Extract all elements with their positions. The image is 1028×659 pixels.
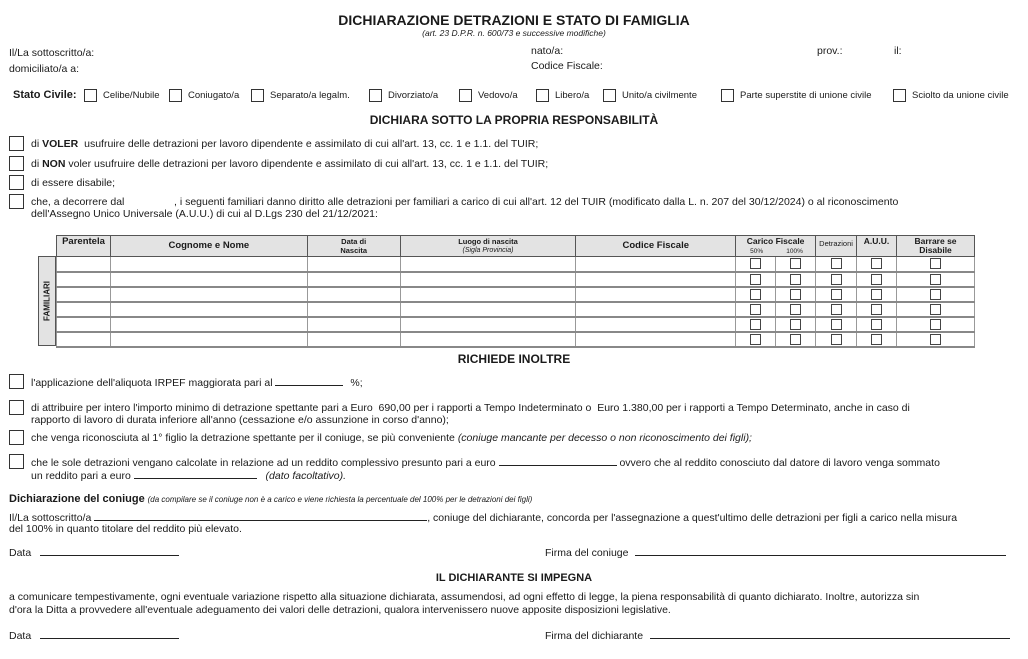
declaration-disabile[interactable]: di essere disabile; (9, 175, 115, 190)
cell-carico-50 (736, 272, 776, 287)
cell-cognome-nome[interactable] (110, 302, 307, 317)
il-label: il: (894, 45, 902, 57)
sottoscritto-label: Il/La sottoscritto/a: (9, 47, 94, 59)
stato-civile-option[interactable]: Coniugato/a (169, 89, 239, 102)
checkbox[interactable] (9, 175, 24, 190)
carico-50-checkbox[interactable] (750, 258, 761, 269)
checkbox[interactable] (459, 89, 472, 102)
nato-label: nato/a: (531, 45, 563, 57)
cell-data-nascita[interactable] (307, 302, 400, 317)
cell-carico-100 (776, 317, 816, 332)
page-title: DICHIARAZIONE DETRAZIONI E STATO DI FAMI… (0, 12, 1028, 28)
detrazioni-checkbox[interactable] (831, 334, 842, 345)
cell-luogo-nascita[interactable] (400, 287, 576, 302)
disabile-checkbox[interactable] (930, 304, 941, 315)
cell-data-nascita[interactable] (307, 332, 400, 347)
cell-carico-100 (776, 302, 816, 317)
codice-fiscale-label: Codice Fiscale: (531, 60, 603, 72)
prov-label: prov.: (817, 45, 842, 57)
declaration-voler[interactable]: di VOLER usufruire delle detrazioni per … (9, 136, 538, 151)
cell-cognome-nome[interactable] (110, 332, 307, 347)
disabile-checkbox[interactable] (930, 289, 941, 300)
dichiarante-firma-field[interactable] (650, 629, 1010, 639)
cell-codice-fiscale[interactable] (576, 317, 736, 332)
checkbox[interactable] (9, 400, 24, 415)
cell-carico-100 (776, 257, 816, 272)
coniuge-section-title: Dichiarazione del coniuge (da compilare … (9, 493, 532, 505)
cell-codice-fiscale[interactable] (576, 272, 736, 287)
coniuge-firma-field[interactable] (635, 546, 1006, 556)
carico-100-checkbox[interactable] (790, 289, 801, 300)
carico-50-checkbox[interactable] (750, 334, 761, 345)
col-detrazioni: Detrazioni (816, 236, 857, 257)
cell-auu (857, 302, 897, 317)
option-label: Separato/a legalm. (270, 90, 350, 101)
disabile-checkbox[interactable] (930, 334, 941, 345)
cell-parentela[interactable] (57, 287, 111, 302)
table-row (57, 332, 975, 347)
checkbox[interactable] (9, 454, 24, 469)
cell-codice-fiscale[interactable] (576, 257, 736, 272)
cell-data-nascita[interactable] (307, 287, 400, 302)
familiari-table: Parentela Cognome e Nome Data diNascita … (56, 235, 975, 348)
cell-detrazioni (816, 257, 857, 272)
detrazioni-checkbox[interactable] (831, 258, 842, 269)
carico-50-checkbox[interactable] (750, 274, 761, 285)
request-reddito[interactable]: che le sole detrazioni vengano calcolate… (9, 454, 940, 482)
option-label: Divorziato/a (388, 90, 438, 101)
col-disabile: Barrare seDisabile (897, 236, 975, 257)
cell-parentela[interactable] (57, 317, 111, 332)
request-irpef[interactable]: l'applicazione dell'aliquota IRPEF maggi… (9, 374, 363, 389)
col-carico-fiscale: Carico Fiscale50%100% (736, 236, 816, 257)
carico-50-checkbox[interactable] (750, 289, 761, 300)
familiari-side-label: FAMILIARI (38, 256, 56, 346)
carico-50-checkbox[interactable] (750, 319, 761, 330)
impegno-line1: a comunicare tempestivamente, ogni event… (9, 591, 919, 603)
cell-auu (857, 287, 897, 302)
cell-parentela[interactable] (57, 272, 111, 287)
cell-auu (857, 272, 897, 287)
cell-carico-50 (736, 287, 776, 302)
disabile-checkbox[interactable] (930, 258, 941, 269)
option-label: Celibe/Nubile (103, 90, 160, 101)
cell-luogo-nascita[interactable] (400, 317, 576, 332)
table-row (57, 317, 975, 332)
detrazioni-checkbox[interactable] (831, 274, 842, 285)
cell-parentela[interactable] (57, 257, 111, 272)
table-row (57, 257, 975, 272)
coniuge-line2: del 100% in quanto titolare del reddito … (9, 523, 242, 535)
option-label: Sciolto da unione civile (912, 90, 1009, 101)
cell-cognome-nome[interactable] (110, 287, 307, 302)
col-auu: A.U.U. (857, 236, 897, 257)
request-minimo[interactable]: di attribuire per intero l'importo minim… (9, 400, 910, 426)
carico-50-checkbox[interactable] (750, 304, 761, 315)
domiciliato-label: domiciliato/a a: (9, 63, 79, 75)
detrazioni-checkbox[interactable] (831, 319, 842, 330)
col-cognome-nome: Cognome e Nome (110, 236, 307, 257)
checkbox[interactable] (9, 430, 24, 445)
detrazioni-checkbox[interactable] (831, 304, 842, 315)
coniuge-firma: Firma del coniuge (545, 546, 1006, 559)
cell-auu (857, 317, 897, 332)
option-label: Parte superstite di unione civile (740, 90, 872, 101)
auu-checkbox[interactable] (871, 289, 882, 300)
col-parentela: Parentela (57, 236, 111, 257)
cell-codice-fiscale[interactable] (576, 332, 736, 347)
dichiarante-firma: Firma del dichiarante (545, 629, 1010, 642)
cell-carico-100 (776, 287, 816, 302)
stato-civile-option[interactable]: Sciolto da unione civile (893, 89, 1009, 102)
cell-codice-fiscale[interactable] (576, 287, 736, 302)
table-row (57, 272, 975, 287)
cell-cognome-nome[interactable] (110, 272, 307, 287)
checkbox[interactable] (603, 89, 616, 102)
impegno-heading: IL DICHIARANTE SI IMPEGNA (0, 572, 1028, 584)
disabile-checkbox[interactable] (930, 274, 941, 285)
cell-codice-fiscale[interactable] (576, 302, 736, 317)
cell-cognome-nome[interactable] (110, 317, 307, 332)
dichiara-heading: DICHIARA SOTTO LA PROPRIA RESPONSABILITÀ (0, 113, 1028, 127)
stato-civile-option[interactable]: Divorziato/a (369, 89, 438, 102)
option-label: Unito/a civilmente (622, 90, 697, 101)
auu-checkbox[interactable] (871, 319, 882, 330)
cell-disabile (897, 257, 975, 272)
cell-auu (857, 257, 897, 272)
table-row (57, 302, 975, 317)
cell-data-nascita[interactable] (307, 272, 400, 287)
dichiarante-data-field[interactable] (40, 629, 179, 639)
cell-detrazioni (816, 317, 857, 332)
request-primo-figlio[interactable]: che venga riconosciuta al 1° figlio la d… (9, 430, 752, 445)
checkbox[interactable] (9, 194, 24, 209)
cell-detrazioni (816, 287, 857, 302)
col-luogo-nascita: Luogo di nascita(Sigla Provincia) (400, 236, 576, 257)
cell-disabile (897, 317, 975, 332)
stato-civile-option[interactable]: Parte superstite di unione civile (721, 89, 872, 102)
checkbox[interactable] (9, 136, 24, 151)
cell-detrazioni (816, 302, 857, 317)
cell-detrazioni (816, 272, 857, 287)
cell-luogo-nascita[interactable] (400, 332, 576, 347)
cell-detrazioni (816, 332, 857, 347)
coniuge-data: Data (9, 546, 179, 559)
checkbox[interactable] (893, 89, 906, 102)
reddito-aggiuntivo-field[interactable] (134, 469, 257, 479)
dichiarante-data: Data (9, 629, 179, 642)
declaration-non-voler[interactable]: di NON voler usufruire delle detrazioni … (9, 156, 548, 171)
cell-parentela[interactable] (57, 302, 111, 317)
cell-luogo-nascita[interactable] (400, 302, 576, 317)
cell-disabile (897, 302, 975, 317)
cell-carico-50 (736, 257, 776, 272)
cell-carico-100 (776, 272, 816, 287)
cell-carico-50 (736, 332, 776, 347)
cell-auu (857, 332, 897, 347)
cell-disabile (897, 332, 975, 347)
richiede-heading: RICHIEDE INOLTRE (0, 352, 1028, 366)
carico-100-checkbox[interactable] (790, 274, 801, 285)
option-label: Vedovo/a (478, 90, 518, 101)
disabile-checkbox[interactable] (930, 319, 941, 330)
carico-100-checkbox[interactable] (790, 304, 801, 315)
stato-civile-label: Stato Civile: (13, 89, 77, 101)
cell-carico-50 (736, 302, 776, 317)
option-label: Coniugato/a (188, 90, 239, 101)
checkbox[interactable] (169, 89, 182, 102)
stato-civile-option[interactable]: Vedovo/a (459, 89, 518, 102)
carico-100-checkbox[interactable] (790, 319, 801, 330)
cell-data-nascita[interactable] (307, 257, 400, 272)
irpef-percent-field[interactable] (275, 376, 343, 386)
checkbox[interactable] (251, 89, 264, 102)
cell-disabile (897, 287, 975, 302)
checkbox[interactable] (369, 89, 382, 102)
auu-checkbox[interactable] (871, 334, 882, 345)
checkbox[interactable] (84, 89, 97, 102)
checkbox[interactable] (9, 156, 24, 171)
checkbox[interactable] (536, 89, 549, 102)
col-codice-fiscale: Codice Fiscale (576, 236, 736, 257)
auu-checkbox[interactable] (871, 274, 882, 285)
stato-civile-option[interactable]: Separato/a legalm. (251, 89, 350, 102)
table-row (57, 287, 975, 302)
auu-checkbox[interactable] (871, 258, 882, 269)
cell-parentela[interactable] (57, 332, 111, 347)
page-subtitle: (art. 23 D.P.R. n. 600/73 e successive m… (0, 28, 1028, 38)
impegno-line2: d'ora la Ditta a provvedere all'eventual… (9, 604, 671, 616)
reddito-presunto-field[interactable] (499, 456, 617, 466)
cell-data-nascita[interactable] (307, 317, 400, 332)
coniuge-data-field[interactable] (40, 546, 179, 556)
cell-disabile (897, 272, 975, 287)
coniuge-name-field[interactable] (94, 511, 427, 521)
auu-checkbox[interactable] (871, 304, 882, 315)
option-label: Libero/a (555, 90, 589, 101)
cell-carico-50 (736, 317, 776, 332)
stato-civile-option[interactable]: Unito/a civilmente (603, 89, 697, 102)
carico-100-checkbox[interactable] (790, 334, 801, 345)
carico-100-checkbox[interactable] (790, 258, 801, 269)
checkbox[interactable] (9, 374, 24, 389)
stato-civile-option[interactable]: Libero/a (536, 89, 589, 102)
cell-carico-100 (776, 332, 816, 347)
cell-luogo-nascita[interactable] (400, 272, 576, 287)
col-data-nascita: Data diNascita (307, 236, 400, 257)
stato-civile-label-wrap: Stato Civile: (13, 89, 77, 101)
cell-luogo-nascita[interactable] (400, 257, 576, 272)
stato-civile-option[interactable]: Celibe/Nubile (84, 89, 160, 102)
declaration-familiari[interactable]: che, a decorrere dal , i seguenti famili… (9, 194, 898, 220)
checkbox[interactable] (721, 89, 734, 102)
detrazioni-checkbox[interactable] (831, 289, 842, 300)
cell-cognome-nome[interactable] (110, 257, 307, 272)
